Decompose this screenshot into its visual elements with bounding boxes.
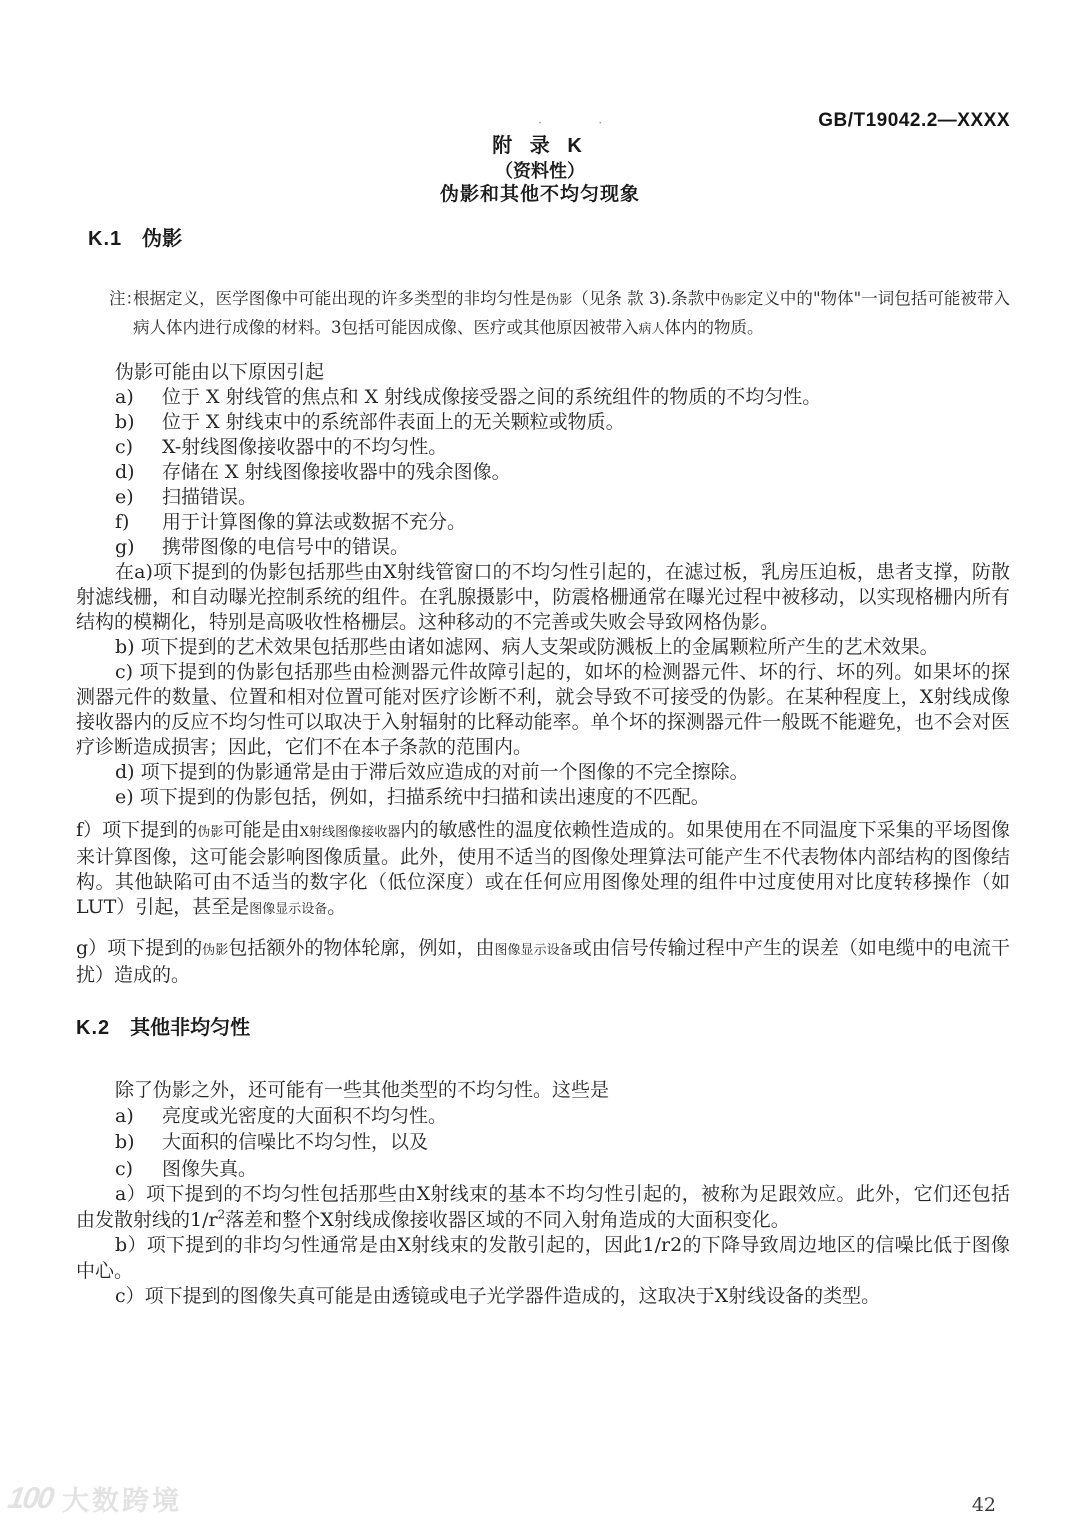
document-page: GB/T19042.2—XXXX · · 附 录 K （资料性） 伪影和其他不均… <box>0 0 1080 1528</box>
list-item-text: 扫描错误。 <box>162 486 257 508</box>
appendix-type: （资料性） <box>0 159 1080 184</box>
doc-number: GB/T19042.2—XXXX <box>818 110 1010 132</box>
paragraph-k1-b: b) 项下提到的艺术效果包括那些由诸如滤网、病人支架或防溅板上的金属颗粒所产生的… <box>76 635 1010 660</box>
list-item: c)X-射线图像接收器中的不均匀性。 <box>76 435 1010 460</box>
note-paragraph: 注：根据定义，医学图像中可能出现的许多类型的非均匀性是伪影（见条 款 3).条款… <box>133 285 1010 343</box>
list-item: f)用于计算图像的算法或数据不充分。 <box>76 510 1010 535</box>
paragraph-k2-a: a）项下提到的不均匀性包括那些由X射线束的基本不均匀性引起的，被称为足跟效应。此… <box>76 1182 1010 1233</box>
list-intro-k2: 除了伪影之外，还可能有一些其他类型的不均匀性。这些是 <box>115 1077 1010 1103</box>
list-item: g)携带图像的电信号中的错误。 <box>76 535 1010 560</box>
watermark-logo-icon: 100 <box>6 1482 55 1516</box>
note-label: 注： <box>109 285 142 312</box>
list-marker: c) <box>115 435 162 460</box>
paragraph-k2-b: b）项下提到的非均匀性通常是由X射线束的发散引起的，因此1/r2的下降导致周边地… <box>76 1233 1010 1284</box>
list-item-text: 用于计算图像的算法或数据不充分。 <box>162 511 466 533</box>
paragraph-k1-a: 在a)项下提到的伪影包括那些由X射线管窗口的不均匀性引起的，在滤过板，乳房压迫板… <box>76 560 1010 635</box>
watermark: 100 大数跨境 <box>8 1479 182 1518</box>
page-content: K.1伪影 注：根据定义，医学图像中可能出现的许多类型的非均匀性是伪影（见条 款… <box>0 226 1080 1310</box>
list-intro: 伪影可能由以下原因引起 <box>115 360 1010 385</box>
list-item: a)位于 X 射线管的焦点和 X 射线成像接受器之间的系统组件的物质的不均匀性。 <box>76 385 1010 410</box>
list-item-text: 携带图像的电信号中的错误。 <box>162 536 409 558</box>
appendix-title-block: 附 录 K （资料性） 伪影和其他不均匀现象 <box>0 0 1080 208</box>
list-item-text: 亮度或光密度的大面积不均匀性。 <box>162 1105 447 1127</box>
list-item: b)大面积的信噪比不均匀性，以及 <box>76 1129 1010 1156</box>
paragraph-k1-d: d) 项下提到的伪影通常是由于滞后效应造成的对前一个图像的不完全擦除。 <box>76 760 1010 785</box>
section-heading-k2: K.2其他非均匀性 <box>76 1015 1010 1042</box>
paragraph-k1-e: e) 项下提到的伪影包括，例如，扫描系统中扫描和读出速度的不匹配。 <box>76 785 1010 810</box>
scan-artifact-dots: · · <box>538 116 628 131</box>
watermark-text: 大数跨境 <box>62 1479 182 1518</box>
list-item-text: 位于 X 射线管的焦点和 X 射线成像接受器之间的系统组件的物质的不均匀性。 <box>162 386 821 408</box>
paragraph-k1-g: g）项下提到的伪影包括额外的物体轮廓，例如，由图像显示设备或由信号传输过程中产生… <box>76 936 1010 988</box>
list-marker: a) <box>115 1103 162 1130</box>
list-item-text: 位于 X 射线束中的系统部件表面上的无关颗粒或物质。 <box>162 411 625 433</box>
list-marker: c) <box>115 1156 162 1183</box>
list-marker: f) <box>115 510 162 535</box>
list-item: b)位于 X 射线束中的系统部件表面上的无关颗粒或物质。 <box>76 410 1010 435</box>
list-item-text: 大面积的信噪比不均匀性，以及 <box>162 1131 428 1153</box>
list-item: e)扫描错误。 <box>76 485 1010 510</box>
paragraph-k1-f: f）项下提到的伪影可能是由X射线图像接收器内的敏感性的温度依赖性造成的。如果使用… <box>76 818 1010 922</box>
section-number: K.1 <box>88 228 122 250</box>
page-number: 42 <box>972 1494 996 1516</box>
section-number: K.2 <box>76 1017 110 1039</box>
list-item-text: X-射线图像接收器中的不均匀性。 <box>162 436 447 458</box>
list-item: d)存储在 X 射线图像接收器中的残余图像。 <box>76 460 1010 485</box>
list-marker: a) <box>115 385 162 410</box>
list-marker: g) <box>115 535 162 560</box>
list-item: a)亮度或光密度的大面积不均匀性。 <box>76 1103 1010 1130</box>
paragraph-k1-c: c) 项下提到的伪影包括那些由检测器元件故障引起的，如坏的检测器元件、坏的行、坏… <box>76 660 1010 760</box>
section-title: 其他非均匀性 <box>130 1017 250 1039</box>
section-heading-k1: K.1伪影 <box>88 226 1010 253</box>
list-marker: b) <box>115 1129 162 1156</box>
section-title: 伪影 <box>142 228 182 250</box>
list-marker: e) <box>115 485 162 510</box>
list-item-text: 存储在 X 射线图像接收器中的残余图像。 <box>162 461 511 483</box>
list-item-text: 图像失真。 <box>162 1158 257 1180</box>
appendix-title: 附 录 K <box>0 134 1080 159</box>
paragraph-k2-c: c）项下提到的图像失真可能是由透镜或电子光学器件造成的，这取决于X射线设备的类型… <box>76 1284 1010 1310</box>
list-marker: b) <box>115 410 162 435</box>
appendix-subject: 伪影和其他不均匀现象 <box>0 183 1080 208</box>
list-marker: d) <box>115 460 162 485</box>
note-text: 根据定义，医学图像中可能出现的许多类型的非均匀性是伪影（见条 款 3).条款中伪… <box>133 289 1010 337</box>
list-item: c)图像失真。 <box>76 1156 1010 1183</box>
